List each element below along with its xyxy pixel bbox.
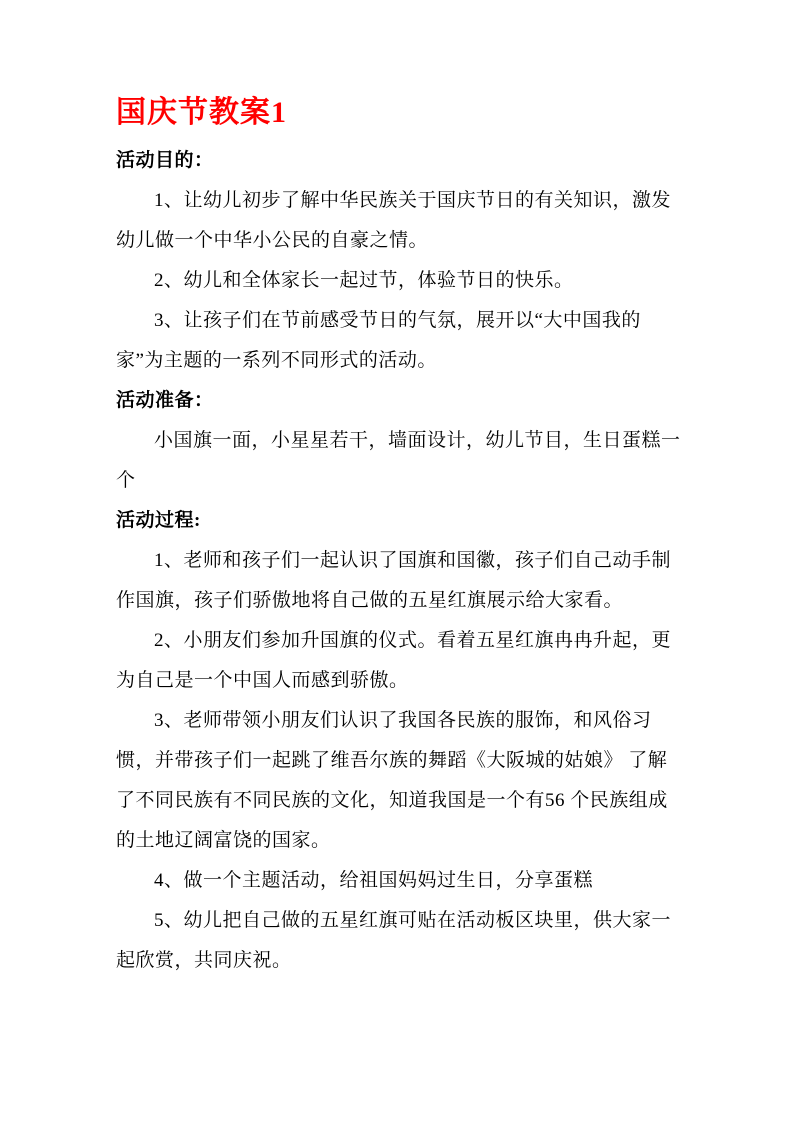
paragraph-process-1: 1、老师和孩子们一起认识了国旗和国徽，孩子们自己动手制作国旗，孩子们骄傲地将自己… bbox=[116, 541, 684, 621]
document-title: 国庆节教案1 bbox=[116, 96, 684, 131]
section-activity-preparation: 活动准备： 小国旗一面，小星星若干，墙面设计，幼儿节目，生日蛋糕一个 bbox=[116, 381, 684, 501]
paragraph-goal-2: 2、幼儿和全体家长一起过节，体验节日的快乐。 bbox=[116, 261, 684, 301]
section-heading-goals: 活动目的： bbox=[116, 141, 684, 181]
paragraph-process-2: 2、小朋友们参加升国旗的仪式。看着五星红旗冉冉升起，更为自己是一个中国人而感到骄… bbox=[116, 621, 684, 701]
paragraph-process-5: 5、幼儿把自己做的五星红旗可贴在活动板区块里，供大家一起欣赏，共同庆祝。 bbox=[116, 901, 684, 981]
document-page: 国庆节教案1 活动目的： 1、让幼儿初步了解中华民族关于国庆节日的有关知识，激发… bbox=[0, 0, 794, 1123]
section-activity-process: 活动过程: 1、老师和孩子们一起认识了国旗和国徽，孩子们自己动手制作国旗，孩子们… bbox=[116, 501, 684, 981]
paragraph-preparation-1: 小国旗一面，小星星若干，墙面设计，幼儿节目，生日蛋糕一个 bbox=[116, 421, 684, 501]
section-heading-process: 活动过程: bbox=[116, 501, 684, 541]
paragraph-process-4: 4、做一个主题活动，给祖国妈妈过生日，分享蛋糕 bbox=[116, 861, 684, 901]
section-activity-goals: 活动目的： 1、让幼儿初步了解中华民族关于国庆节日的有关知识，激发幼儿做一个中华… bbox=[116, 141, 684, 381]
paragraph-goal-3: 3、让孩子们在节前感受节日的气氛，展开以“大中国我的家”为主题的一系列不同形式的… bbox=[116, 301, 684, 381]
paragraph-goal-1: 1、让幼儿初步了解中华民族关于国庆节日的有关知识，激发幼儿做一个中华小公民的自豪… bbox=[116, 181, 684, 261]
paragraph-process-3: 3、老师带领小朋友们认识了我国各民族的服饰，和风俗习惯，并带孩子们一起跳了维吾尔… bbox=[116, 701, 684, 861]
section-heading-preparation: 活动准备： bbox=[116, 381, 684, 421]
